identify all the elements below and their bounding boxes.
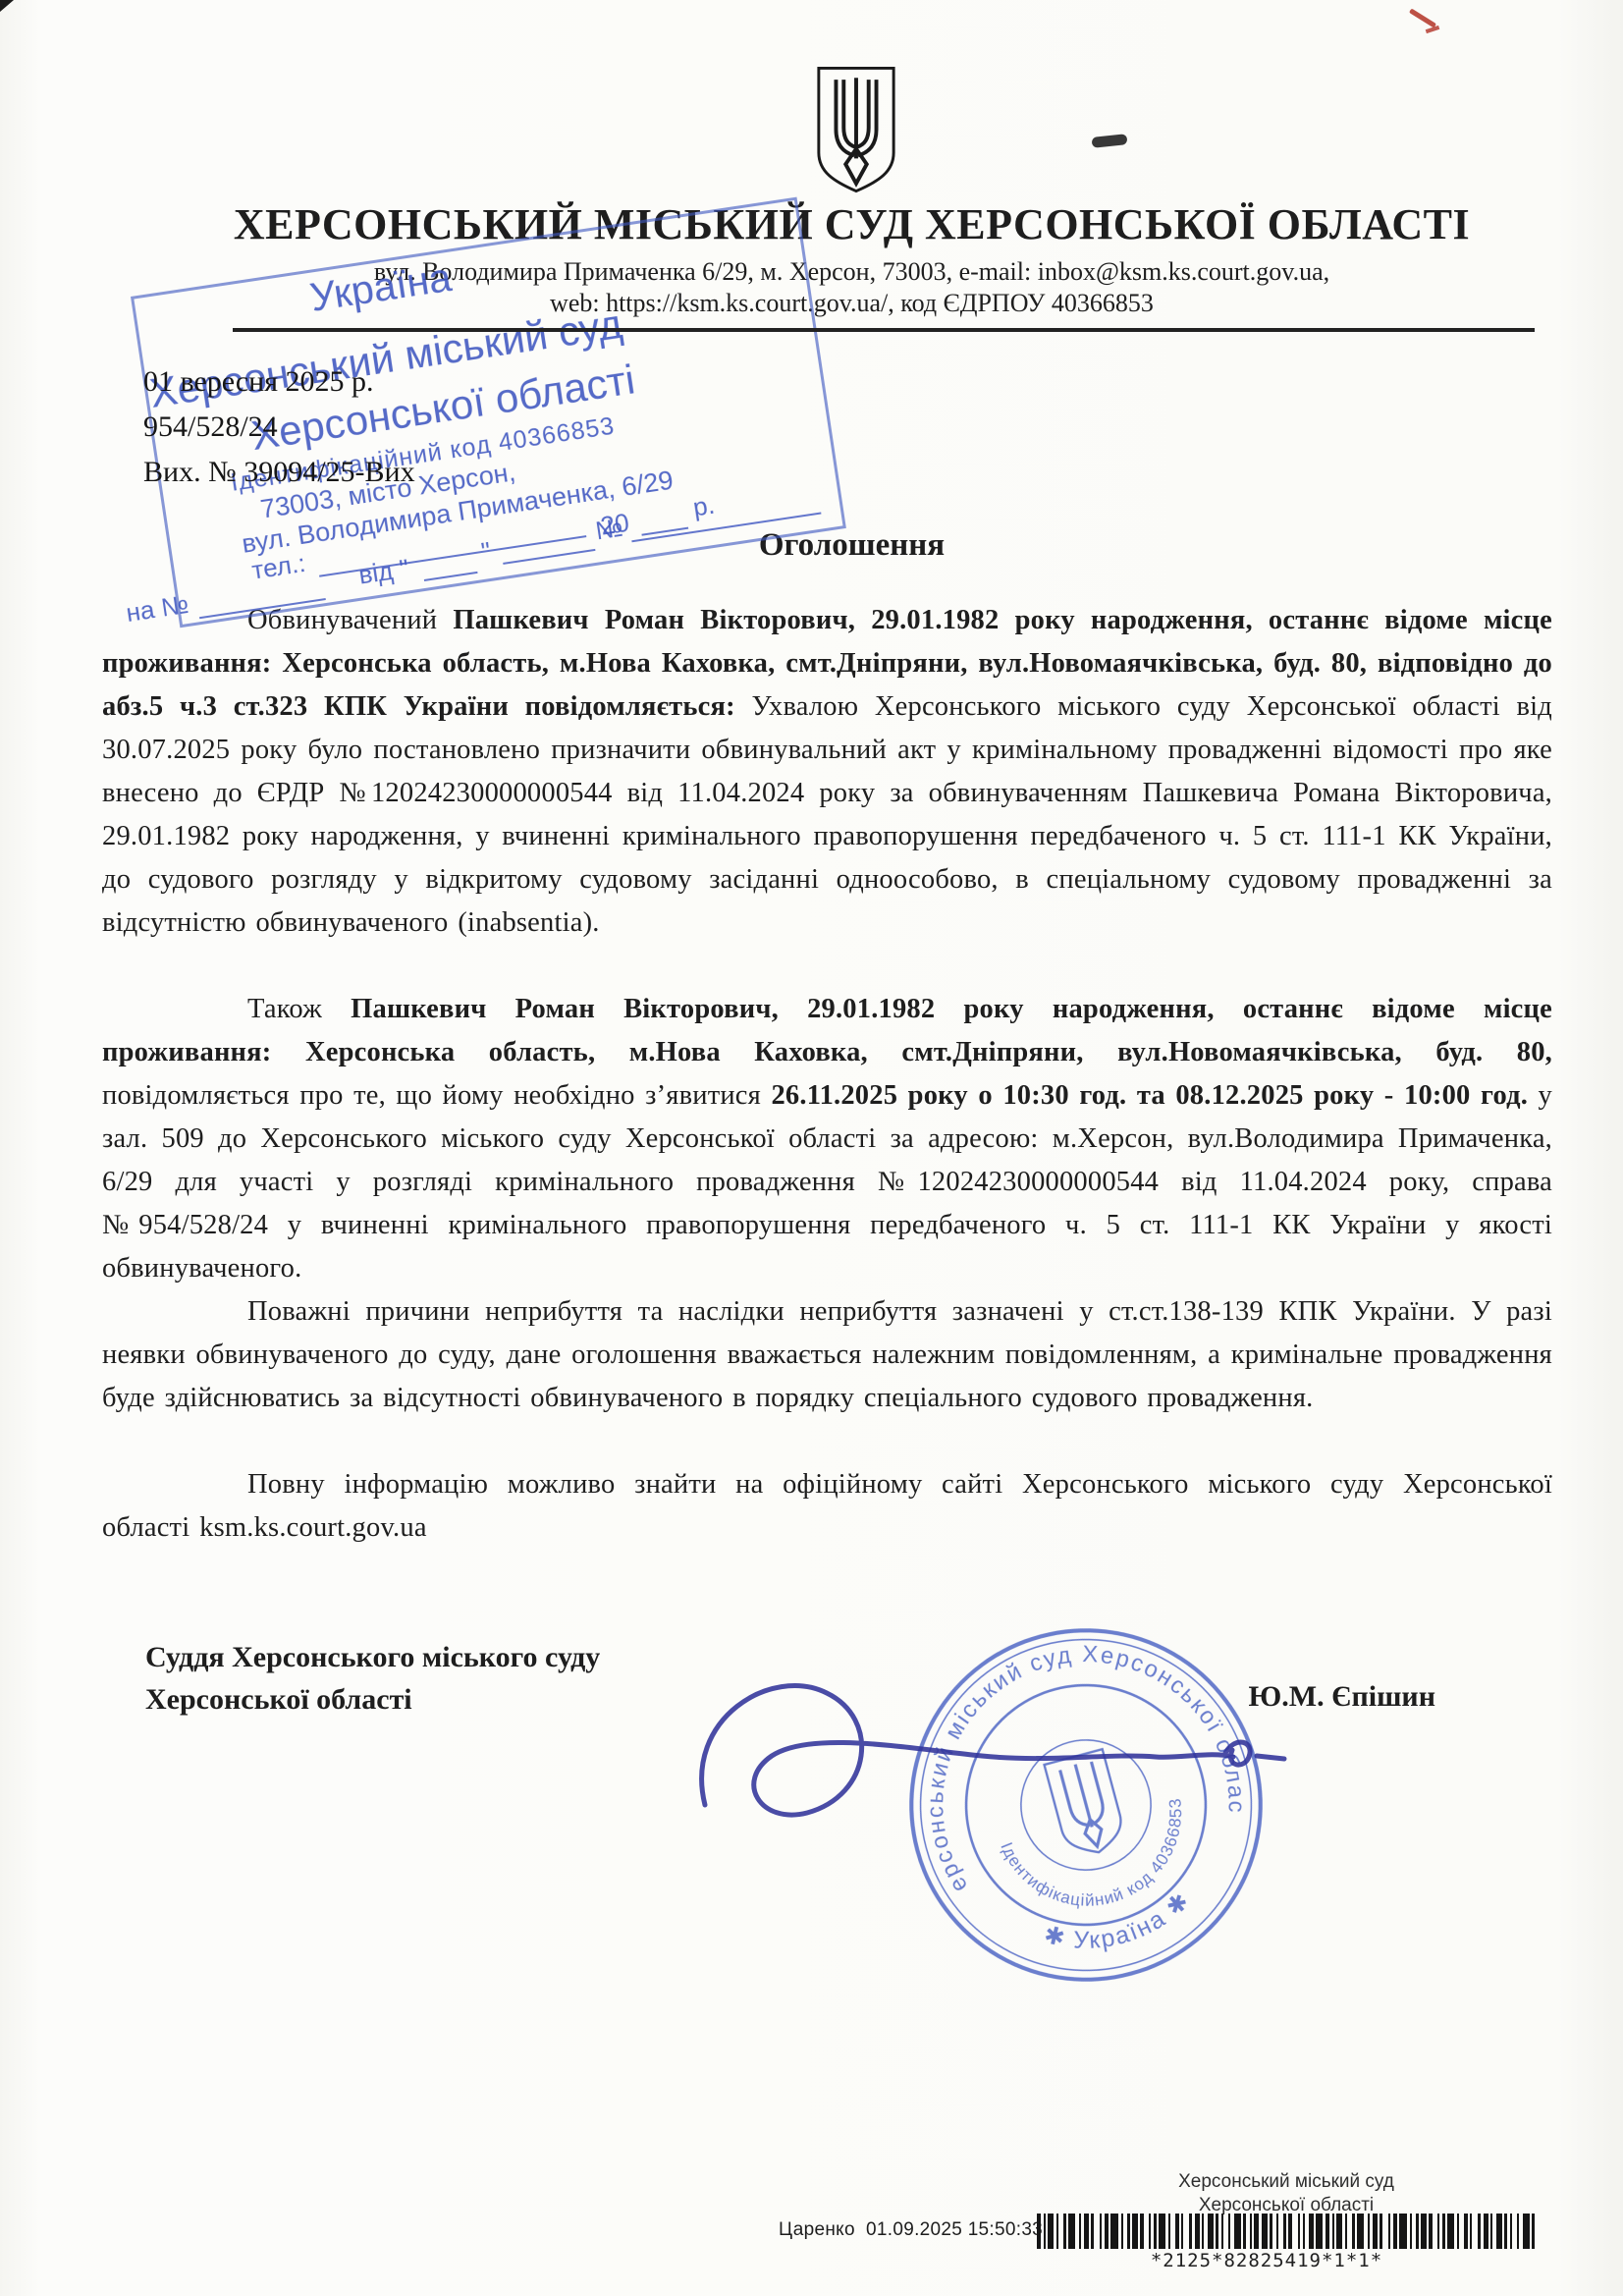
judge-signature-ink	[677, 1656, 1325, 1864]
stamp-tel-label: тел.:	[249, 548, 307, 586]
stamp-blank-line	[424, 572, 478, 581]
text-segment: Повну інформацію можливо знайти на офіці…	[102, 1469, 1552, 1543]
text-segment: 26.11.2025 року о 10:30 год. та 08.12.20…	[771, 1080, 1538, 1111]
text-segment: у зал. 509 до Херсонського міського суду…	[102, 1080, 1552, 1284]
text-segment: Поважні причини неприбуття та наслідки н…	[102, 1296, 1552, 1413]
barcode-caption: *2125*82825419*1*1*	[1100, 2250, 1434, 2271]
text-segment: Також	[247, 994, 351, 1024]
operator-stamp: Царенко 01.09.2025 15:50:33	[779, 2219, 1043, 2241]
scan-artifact-red-mark	[1426, 26, 1440, 33]
stamp-blank-line	[503, 549, 595, 565]
court-name-title: ХЕРСОНСЬКИЙ МІСЬКИЙ СУД ХЕРСОНСЬКОЇ ОБЛА…	[0, 199, 1623, 249]
stamp-from-label: від "	[356, 553, 410, 590]
stamp-year-suffix: р.	[691, 490, 717, 523]
paragraph-accusation: Обвинувачений Пашкевич Роман Вікторович,…	[102, 599, 1552, 945]
scan-artifact-red-mark	[1409, 8, 1436, 27]
text-segment: повідомляється про те, що йому необхідно…	[102, 1080, 771, 1111]
outgoing-number: Вих. № 39094/25-Вих	[143, 450, 415, 495]
barcode	[1037, 2214, 1535, 2249]
case-number: 954/528/24	[143, 405, 415, 450]
footer-court-name: Херсонський міський суд Херсонської обла…	[1139, 2170, 1434, 2217]
stamp-quote-label: "	[479, 536, 493, 568]
text-segment: Ухвалою Херсонського міського суду Херсо…	[102, 691, 1552, 938]
document-body: Оголошення Обвинувачений Пашкевич Роман …	[0, 527, 1623, 1721]
paragraph-summons: Також Пашкевич Роман Вікторович, 29.01.1…	[102, 988, 1552, 1290]
reference-block: 01 вересня 2025 р. 954/528/24 Вих. № 390…	[143, 359, 415, 495]
paragraph-info: Повну інформацію можливо знайти на офіці…	[102, 1463, 1552, 1550]
stamp-year-label: 20	[599, 508, 631, 542]
scan-artifact-corner	[0, 0, 14, 12]
document-date: 01 вересня 2025 р.	[143, 359, 415, 405]
scanned-court-document: ХЕРСОНСЬКИЙ МІСЬКИЙ СУД ХЕРСОНСЬКОЇ ОБЛА…	[0, 0, 1623, 2296]
scan-artifact-ink-blob	[1092, 134, 1128, 148]
paragraph-consequences: Поважні причини неприбуття та наслідки н…	[102, 1290, 1552, 1420]
footer-court-line: Херсонський міський суд	[1139, 2170, 1434, 2194]
header-separator-rule	[233, 328, 1535, 332]
ukraine-trident-icon	[813, 63, 899, 196]
